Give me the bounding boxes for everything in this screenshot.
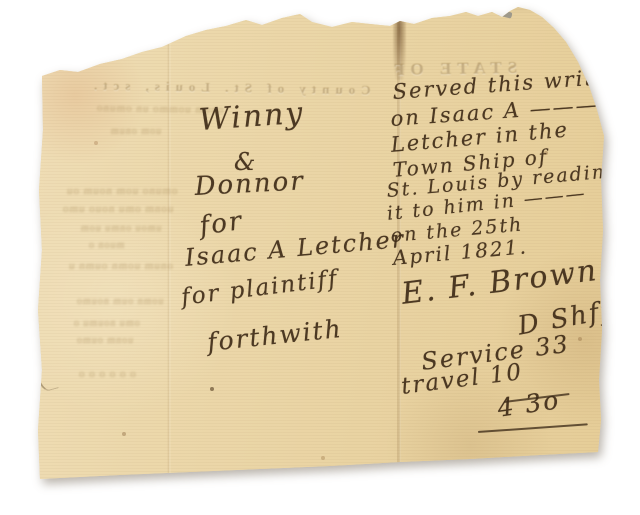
edge-vignette <box>0 0 640 515</box>
foxing-speckles <box>0 0 2 2</box>
paper-shadow-wrap: STATE OFCounty of St. Louis, sct.onum uo… <box>0 0 640 515</box>
scanned-document-page: STATE OFCounty of St. Louis, sct.onum uo… <box>0 0 640 515</box>
document-paper: STATE OFCounty of St. Louis, sct.onum uo… <box>0 0 640 515</box>
